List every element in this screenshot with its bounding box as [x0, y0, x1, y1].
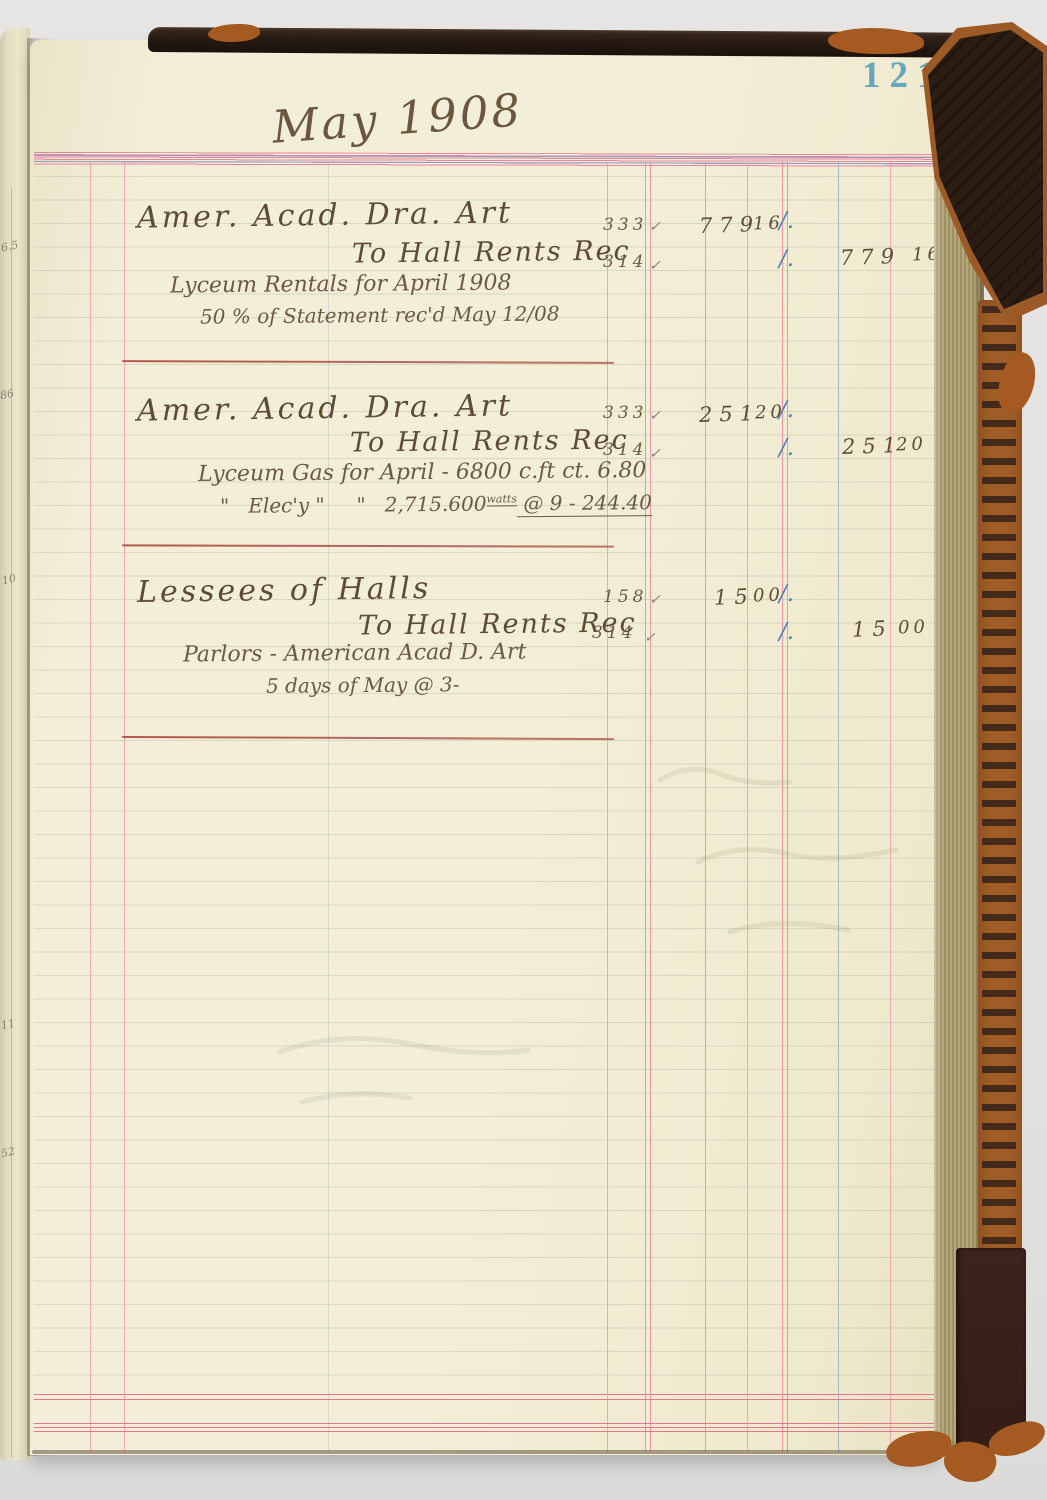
- folio-check-icon: ✓: [649, 258, 661, 274]
- folio-check-icon: ✓: [644, 630, 656, 646]
- column-rule-folio-right-a: [645, 162, 646, 1452]
- column-rule-debit-cents: [747, 162, 748, 1452]
- memo-amount-underlined: @ 9 - 244.40: [517, 490, 652, 517]
- folio-number: 314: [603, 252, 647, 272]
- column-rule-folio-right-b: [650, 162, 651, 1452]
- debit-dollars: 251: [699, 401, 761, 427]
- ledger-page: May 1908 121 Amer. Acad. Dra. Art 333 ✓ …: [30, 40, 938, 1455]
- worn-rust-edge: [828, 28, 924, 54]
- bottom-margin-rule: [34, 1427, 934, 1428]
- folio-number: 333: [603, 403, 647, 423]
- posting-mark: /.: [779, 246, 794, 272]
- page-bottom-edge: [32, 1450, 935, 1454]
- column-rule-folio-left: [607, 162, 608, 1452]
- header-rule-blue-line: [34, 155, 934, 158]
- folio-check-icon: ✓: [649, 446, 661, 462]
- folio-number: 314: [603, 440, 647, 460]
- header-rule-band: [34, 152, 934, 167]
- book-fore-edge: [934, 84, 984, 1446]
- left-page-edge: 6.5 86 10 11 52: [0, 28, 30, 1460]
- folio-number: 158: [603, 587, 647, 607]
- column-rule-debit-blue: [705, 162, 706, 1452]
- column-rule-center-faint: [328, 162, 329, 1452]
- header-rule-blue-line: [34, 161, 934, 164]
- column-rule-margin-1: [90, 162, 91, 1452]
- bottom-margin-rule: [34, 1394, 934, 1395]
- credit-dollars: 779: [840, 244, 902, 270]
- debit-dollars: 779: [699, 212, 761, 238]
- credit-cents: 00: [898, 616, 930, 638]
- left-edge-mark: 6.5: [0, 238, 20, 254]
- memo-line: 5 days of May @ 3-: [266, 672, 460, 698]
- spine-striped-leather: [978, 300, 1022, 1256]
- column-rule-margin-2: [124, 162, 125, 1452]
- account-name: Amer. Acad. Dra. Art: [137, 195, 513, 235]
- horizontal-ruling: [34, 176, 934, 1392]
- folio-number: 314: [592, 623, 636, 643]
- left-edge-mark: 11: [0, 1017, 16, 1033]
- memo-line: Lyceum Rentals for April 1908: [170, 271, 512, 299]
- memo-line: Parlors - American Acad D. Art: [183, 640, 527, 668]
- memo-line: " Elec'y " " 2,715.600watts @ 9 - 244.40: [220, 490, 652, 518]
- ledger-photo: 6.5 86 10 11 52 May 1908 121: [0, 0, 1047, 1500]
- debit-dollars: 15: [714, 584, 756, 609]
- posting-mark: /.: [779, 619, 794, 645]
- column-rule-debit-end-a: [782, 162, 783, 1452]
- left-edge-mark: 86: [0, 387, 15, 403]
- account-name: Amer. Acad. Dra. Art: [137, 388, 513, 428]
- credit-dollars: 251: [842, 433, 904, 459]
- folio-check-icon: ✓: [649, 408, 661, 424]
- contra-account: To Hall Rents Rec: [350, 425, 629, 459]
- left-edge-mark: 10: [1, 572, 17, 588]
- folio-check-icon: ✓: [649, 592, 661, 608]
- memo-line: 50 % of Statement rec'd May 12/08: [200, 301, 560, 328]
- account-name: Lessees of Halls: [137, 571, 432, 610]
- posting-mark: /.: [779, 208, 794, 234]
- contra-account: To Hall Rents Rec: [352, 236, 631, 270]
- column-rule-debit-end-b: [787, 162, 788, 1452]
- bottom-margin-rule: [34, 1423, 934, 1424]
- bottom-margin-rule: [34, 1399, 934, 1400]
- spine-stripes: [982, 306, 1016, 1250]
- folio-check-icon: ✓: [649, 219, 661, 235]
- posting-mark: /.: [779, 435, 794, 461]
- memo-ditto-text: " Elec'y " " 2,715.600: [220, 492, 487, 518]
- left-edge-mark: 52: [0, 1145, 16, 1161]
- credit-dollars: 15: [852, 616, 894, 641]
- folio-number: 333: [603, 215, 647, 235]
- posting-mark: /.: [779, 581, 794, 607]
- credit-cents: 20: [896, 433, 928, 455]
- column-rule-credit-cents: [890, 162, 891, 1452]
- column-rule-credit-blue: [838, 162, 839, 1452]
- memo-line: Lyceum Gas for April - 6800 c.ft ct. 6.8…: [198, 458, 646, 487]
- memo-superscript: watts: [486, 493, 517, 507]
- left-page-margin-line: [11, 188, 12, 1458]
- bottom-margin-rule: [34, 1431, 934, 1432]
- posting-mark: /.: [779, 397, 794, 423]
- month-header: May 1908: [270, 83, 524, 153]
